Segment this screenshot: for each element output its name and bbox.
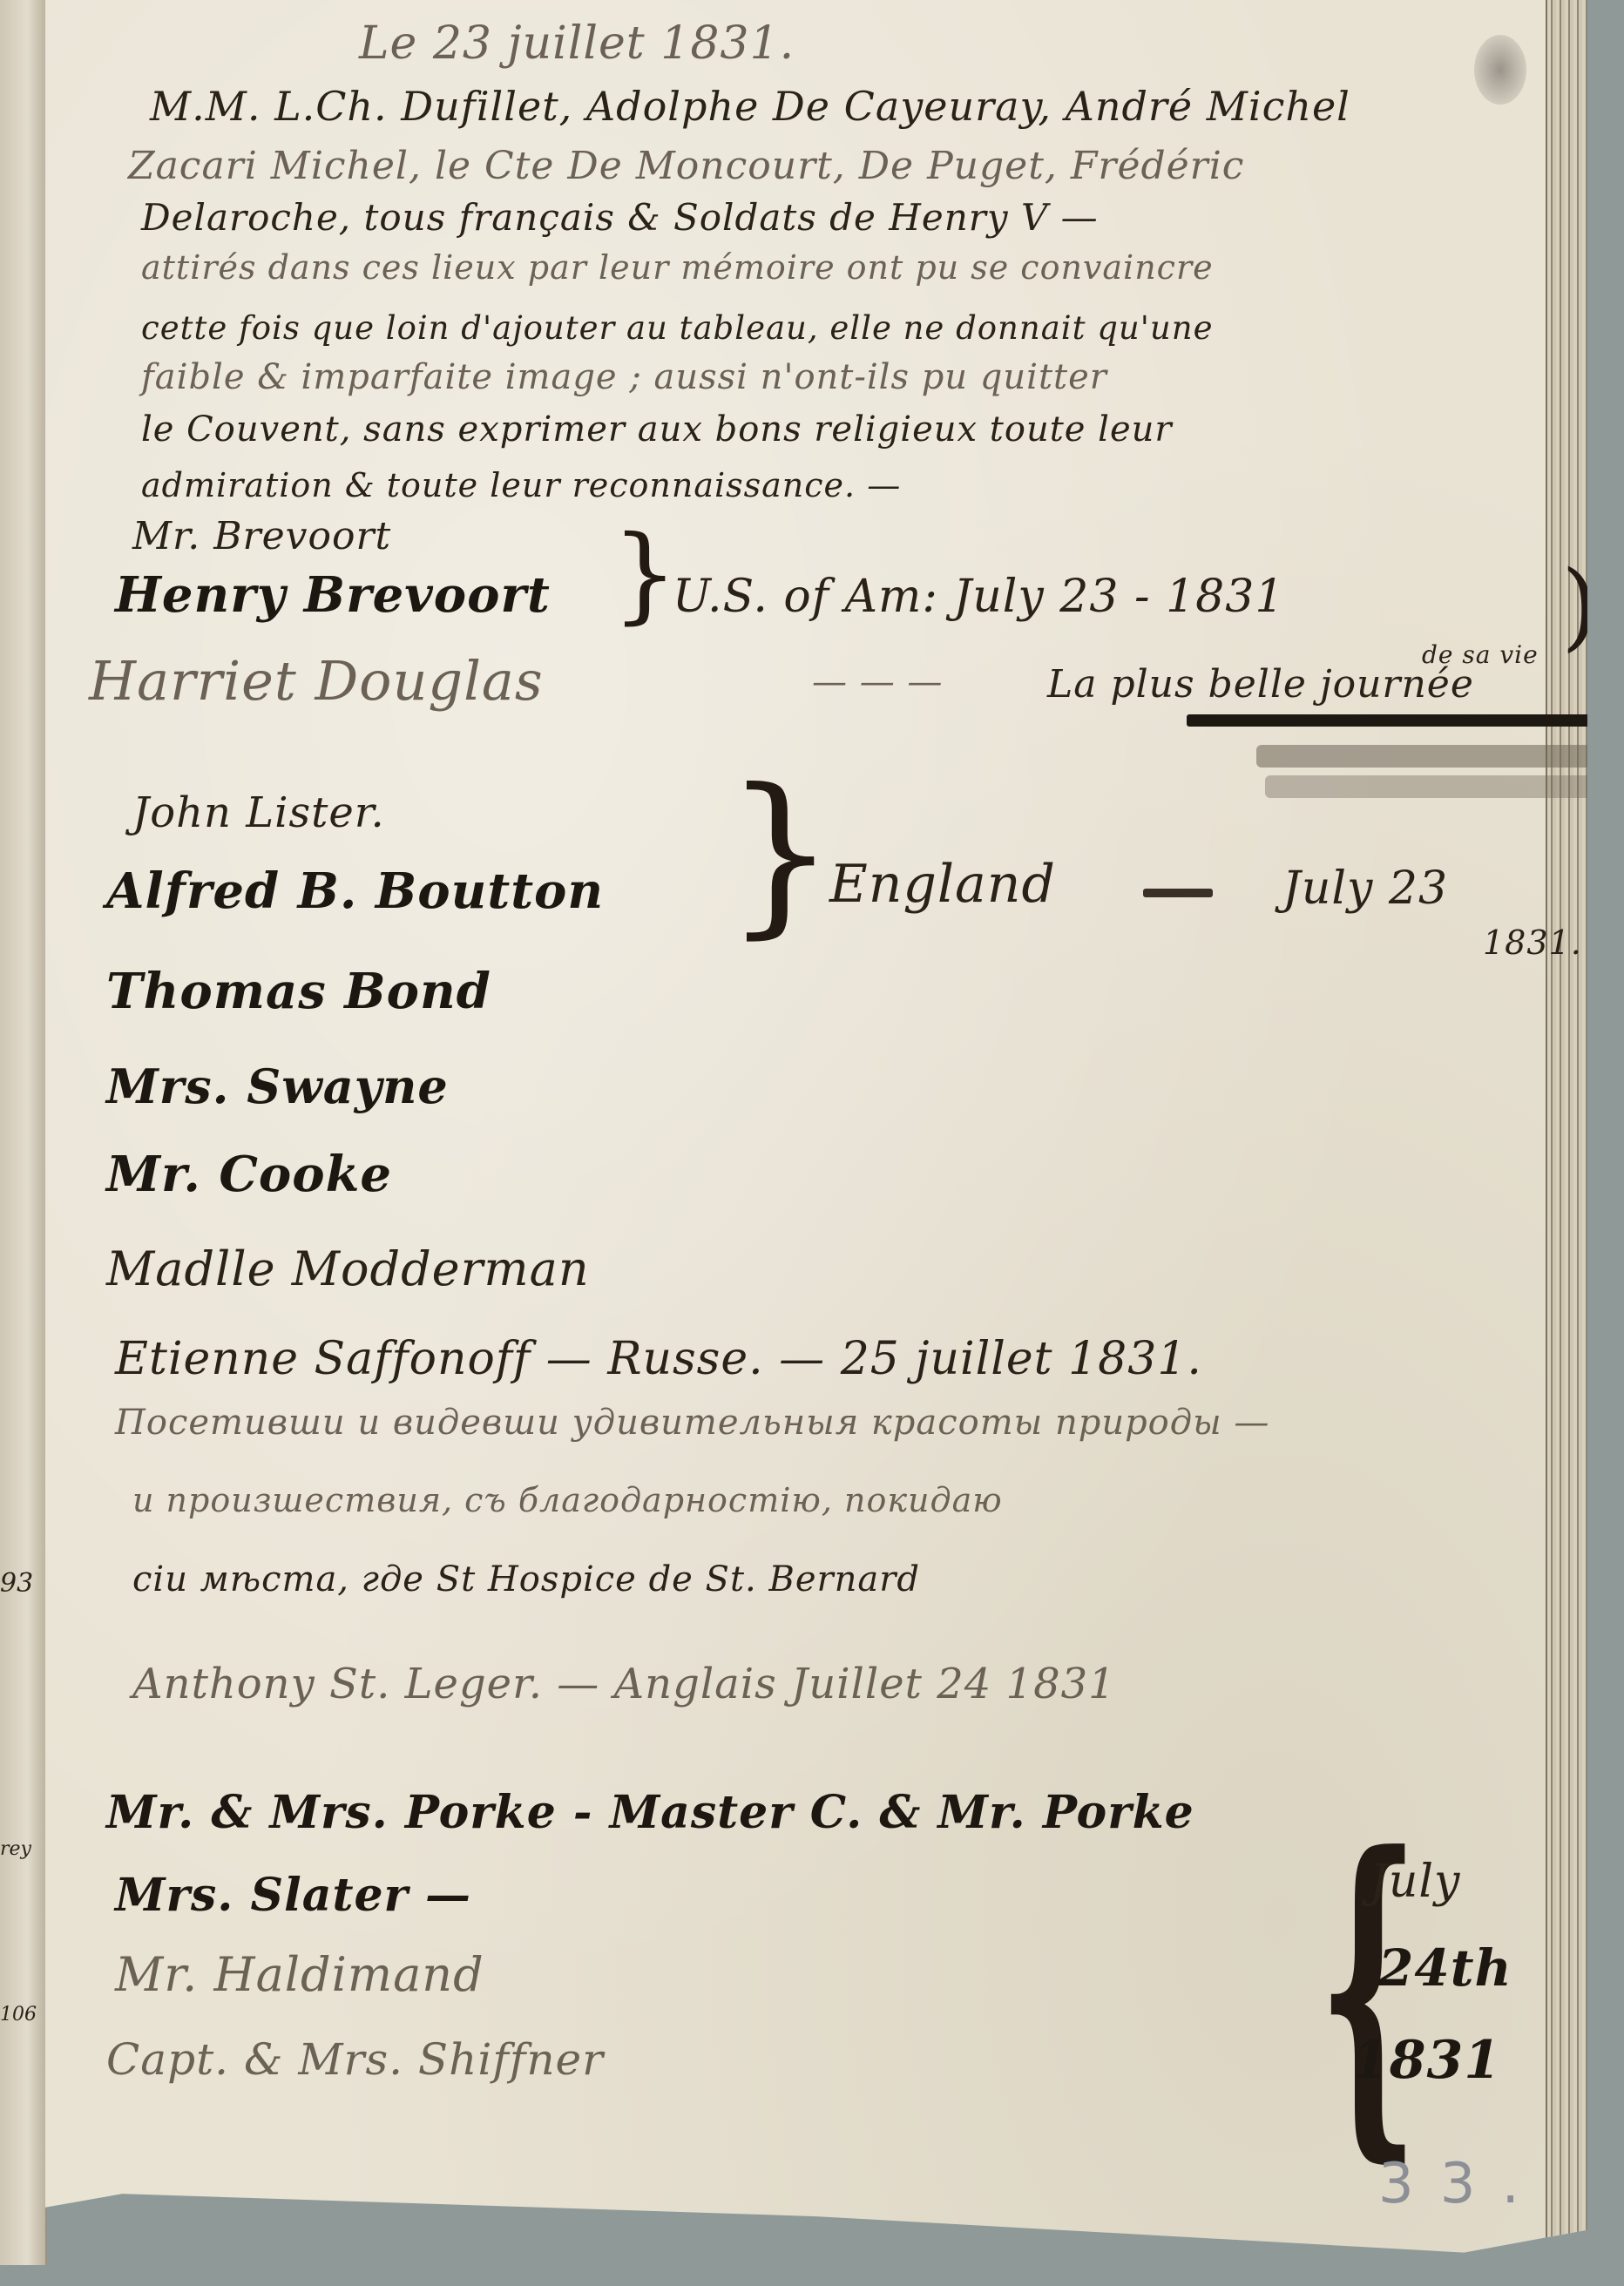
england-date: July 23	[1282, 862, 1448, 915]
folio-number: 33.	[1378, 2152, 1546, 2216]
dash-separator: — — —	[812, 662, 943, 702]
russian-line-3: сiи мѣста, где St Hospice de St. Bernard	[132, 1559, 920, 1600]
entry-henry-brevoort: Henry Brevoort	[115, 566, 551, 624]
entry-porke-family: Mr. & Mrs. Porke - Master C. & Mr. Porke	[106, 1786, 1194, 1839]
struck-text-line-2	[1265, 775, 1596, 798]
french-line-5: cette fois que loin d'ajouter au tableau…	[141, 309, 1213, 347]
entry-alfred-boutton: Alfred B. Boutton	[106, 862, 604, 920]
french-line-1: M.M. L.Ch. Dufillet, Adolphe De Cayeuray…	[150, 83, 1350, 130]
ink-stain	[1474, 35, 1526, 105]
entry-anthony-st-leger: Anthony St. Leger. — Anglais Juillet 24 …	[132, 1660, 1116, 1708]
manuscript-page: Le 23 juillet 1831. M.M. L.Ch. Dufillet,…	[45, 0, 1587, 2262]
french-line-8: admiration & toute leur reconnaissance. …	[141, 466, 901, 504]
england-origin: England	[829, 854, 1056, 915]
entry-mrs-slater: Mrs. Slater —	[115, 1869, 471, 1922]
entry-mr-haldimand: Mr. Haldimand	[115, 1947, 484, 2002]
underline-stroke	[1187, 714, 1605, 727]
england-year: 1831.	[1483, 923, 1582, 962]
entry-mr-cooke: Mr. Cooke	[106, 1146, 392, 1203]
facing-page-fragment: 106	[0, 2004, 37, 2026]
entry-mr-brevoort: Mr. Brevoort	[132, 514, 391, 558]
entry-etienne-saffonoff: Etienne Saffonoff — Russe. — 25 juillet …	[115, 1333, 1202, 1385]
french-line-6: faible & imparfaite image ; aussi n'ont-…	[141, 357, 1107, 397]
facing-page-edge: 93 rey 106	[0, 0, 47, 2265]
douglas-note-superscript: de sa vie	[1422, 640, 1539, 669]
facing-page-fragment: 93	[0, 1568, 33, 1599]
russian-line-2: и произшествия, съ благодарностію, покид…	[132, 1481, 1003, 1519]
date-heading: Le 23 juillet 1831.	[359, 17, 795, 70]
dash-stroke	[1143, 889, 1213, 897]
entry-harriet-douglas: Harriet Douglas	[89, 649, 544, 713]
july24-day: 24th	[1378, 1938, 1512, 1998]
french-line-4: attirés dans ces lieux par leur mémoire …	[141, 248, 1214, 287]
july24-month: July	[1370, 1856, 1460, 1908]
paren-icon: )	[1561, 558, 1599, 653]
douglas-note: La plus belle journée	[1047, 662, 1474, 707]
entry-mrs-swayne: Mrs. Swayne	[106, 1058, 449, 1114]
entry-capt-mrs-shiffner: Capt. & Mrs. Shiffner	[106, 2034, 604, 2085]
july24-year: 1831	[1352, 2030, 1501, 2091]
struck-text-line-1	[1256, 745, 1605, 768]
french-line-3: Delaroche, tous français & Soldats de He…	[141, 196, 1099, 239]
brace-icon: }	[725, 767, 836, 941]
french-line-7: le Couvent, sans exprimer aux bons relig…	[141, 409, 1173, 450]
entry-madlle-modderman: Madlle Modderman	[106, 1241, 590, 1296]
entry-john-lister: John Lister.	[132, 788, 385, 837]
french-line-2: Zacari Michel, le Cte De Moncourt, De Pu…	[128, 144, 1244, 188]
page-stack-edges	[1546, 0, 1587, 2248]
entry-thomas-bond: Thomas Bond	[106, 963, 491, 1020]
russian-line-1: Посетивши и видевши удивительныя красоты…	[115, 1403, 1269, 1443]
brevoort-origin-date: U.S. of Am: July 23 - 1831	[673, 571, 1284, 623]
brace-icon: }	[612, 523, 678, 627]
facing-page-fragment: rey	[0, 1838, 31, 1860]
